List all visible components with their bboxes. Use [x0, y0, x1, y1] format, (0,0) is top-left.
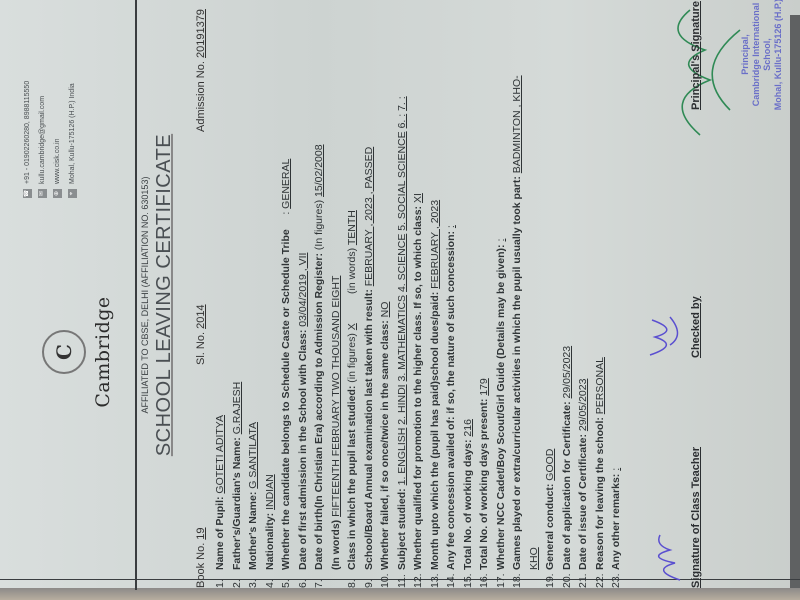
field-row: 4.Nationality: INDIAN	[262, 3, 279, 588]
field-row: 10.Whether failed, if so once/twice in t…	[377, 3, 394, 588]
field-row: 17.Whether NCC Cadet/Boy Scout/Girl Guid…	[493, 3, 510, 588]
class-teacher-signature-label: Signature of Class Teacher	[690, 447, 702, 588]
field-number: 13.	[427, 570, 444, 588]
subject-item: 4. SCIENCE	[396, 234, 408, 292]
field-number: 16.	[476, 570, 493, 588]
field-value: FEBRUARY , 2023	[429, 200, 441, 289]
field-row: 8.Class in which the pupil last studied:…	[344, 3, 361, 588]
field-label: Date of issue of Certificate:	[577, 434, 589, 570]
field-number: 19.	[542, 570, 559, 588]
serial-no-value: 2014	[195, 304, 207, 328]
field-row: 19.General conduct: GOOD	[542, 3, 559, 588]
field-value: 29/05/2023	[577, 379, 589, 432]
field-label: Name of Pupil:	[214, 496, 226, 570]
field-sublabel: (In figures)	[313, 200, 325, 250]
field-label: School/Board Annual examination last tak…	[363, 289, 375, 570]
certificate-document: C Cambridge ☎ +91 - 01902260280, 8988115…	[0, 0, 800, 590]
field-label: Date of birth(In Christian Era) accordin…	[313, 253, 325, 570]
field-label: Reason for leaving the school:	[594, 417, 606, 570]
admission-no-label: Admission No.	[195, 61, 207, 132]
field-row: 13.Month upto which the (pupil has paid)…	[427, 3, 444, 588]
field-value: 03/04/2019 , VII	[297, 253, 309, 327]
subject-item: 6. :	[396, 114, 408, 129]
field-value: :	[610, 468, 622, 471]
field-value: X	[346, 323, 358, 330]
field-number: 11.	[394, 570, 411, 588]
contact-email: ✉ kullu.cambridge@gmail.com	[35, 81, 50, 198]
field-value: :	[495, 239, 507, 242]
checker-signature-scribble	[640, 305, 690, 365]
field-row: 15.Total No. of working days: 216	[460, 3, 477, 588]
field-sublabel: (in figures)	[346, 333, 358, 383]
field-number: 9.	[361, 570, 378, 588]
field-label: Whether failed, if so once/twice in the …	[379, 320, 391, 570]
field-number: 23.	[608, 570, 625, 588]
field-number: 18.	[509, 570, 526, 588]
field-sublabel: (in words)	[346, 248, 358, 294]
field-value: BADMINTON , KHO-	[511, 75, 523, 173]
checked-by-label: Checked by	[690, 296, 702, 358]
field-separator: :	[280, 212, 292, 215]
field-row: 6.Date of first admission in the School …	[295, 3, 312, 588]
field-label: Any fee concession availed of: if so, th…	[445, 231, 457, 570]
field-value: GENERAL	[280, 159, 292, 209]
admission-no-value: 20191379	[195, 9, 207, 58]
field-value: INDIAN	[264, 474, 276, 510]
field-label: Subject studied:	[396, 488, 408, 570]
field-row: 18.Games played or extra/curricular acti…	[509, 3, 526, 588]
contact-email-text: kullu.cambridge@gmail.com	[39, 96, 46, 184]
field-row: 14.Any fee concession availed of: if so,…	[443, 3, 460, 588]
field-value: G.RAJESH	[231, 382, 243, 435]
field-label: Date of application for Certificate:	[561, 401, 573, 570]
field-value: :	[445, 225, 457, 228]
serial-no: Sl. No. 2014	[195, 304, 207, 365]
email-icon: ✉	[38, 189, 47, 198]
field-label: Games played or extra/curricular activit…	[511, 176, 523, 570]
field-label: Whether NCC Cadet/Boy Scout/Girl Guide (…	[495, 244, 507, 570]
certificate-title: SCHOOL LEAVING CERTIFICATE	[153, 0, 176, 590]
field-row: 21.Date of issue of Certificate: 29/05/2…	[575, 3, 592, 588]
stamp-line: Mohal, Kullu-175126 (H.P.)	[773, 0, 784, 112]
field-row: 9.School/Board Annual examination last t…	[361, 3, 378, 588]
phone-icon: ☎	[23, 189, 32, 198]
subject-item: 7. :	[396, 96, 408, 111]
contact-phone: ☎ +91 - 01902260280, 8988115550	[20, 81, 35, 198]
field-value: KHO	[528, 547, 540, 570]
logo-emblem-icon: C	[42, 330, 86, 374]
field-number: 6.	[295, 570, 312, 588]
field-value: 29/05/2023	[561, 346, 573, 399]
field-number: 21.	[575, 570, 592, 588]
subject-item: 2. HINDI	[396, 384, 408, 424]
contact-phone-text: +91 - 01902260280, 8988115550	[24, 81, 31, 184]
field-row: 3.Mother's Name: G SANTILATA	[245, 3, 262, 588]
field-label: Total No. of working days:	[462, 440, 474, 570]
subject-item: 5. SOCIAL SCIENCE	[396, 131, 408, 230]
field-number: 7.	[311, 570, 328, 588]
field-row: 5.Whether the candidate belongs to Sched…	[278, 3, 295, 588]
field-number: 1.	[212, 570, 229, 588]
serial-no-label: Sl. No.	[195, 332, 207, 365]
field-row: 20.Date of application for Certificate: …	[559, 3, 576, 588]
subject-item: 3. MATHEMATICS	[396, 295, 408, 382]
field-number: 20.	[559, 570, 576, 588]
field-number: 14.	[443, 570, 460, 588]
field-label: Whether qualified for promotion to the h…	[412, 206, 424, 570]
book-no-value: 19	[195, 527, 207, 539]
school-logo: C Cambridge	[42, 282, 114, 422]
header-divider	[135, 0, 137, 590]
principal-stamp: Principal, Cambridge International Schoo…	[740, 0, 784, 112]
field-label: Mother's Name:	[247, 492, 259, 570]
field-number: 15.	[460, 570, 477, 588]
field-value: 216	[462, 419, 474, 437]
contact-address: ⌖ Mohal, Kullu-175126 (H.P.) India	[65, 81, 80, 198]
book-no-label: Book No.	[195, 543, 207, 588]
admission-no: Admission No. 20191379	[195, 9, 207, 132]
affiliation-text: AFFILIATED TO CBSE, DELHI (AFFILIATION N…	[140, 0, 150, 590]
field-row: (In words) FIFTEENTH FEBRUARY TWO THOUSA…	[328, 3, 345, 588]
teacher-signature-scribble	[640, 525, 690, 585]
field-number: 4.	[262, 570, 279, 588]
field-row: 7.Date of birth(In Christian Era) accord…	[311, 3, 328, 588]
field-label: Total No. of working days present:	[478, 399, 490, 570]
field-value: NO	[379, 302, 391, 318]
field-label: Nationality:	[264, 513, 276, 570]
field-label: Whether the candidate belongs to Schedul…	[280, 229, 292, 570]
field-row: 2.Father's/Guardian's Name: G.RAJESH	[229, 3, 246, 588]
field-value: FIFTEENTH FEBRUARY TWO THOUSAND EIGHT	[330, 276, 342, 517]
field-label: Date of first admission in the School wi…	[297, 330, 309, 570]
field-row: 16.Total No. of working days present: 17…	[476, 3, 493, 588]
stamp-line: Principal,	[740, 0, 751, 112]
field-label: Month upto which the (pupil has paid)sch…	[429, 292, 441, 570]
field-value: PERSONAL	[594, 357, 606, 414]
field-value: G SANTILATA	[247, 422, 259, 489]
field-number: 10.	[377, 570, 394, 588]
field-row: 1.Name of Pupil: GOTETI ADITYA	[212, 3, 229, 588]
contact-address-text: Mohal, Kullu-175126 (H.P.) India	[69, 83, 76, 184]
certificate-fields: 1.Name of Pupil: GOTETI ADITYA2.Father's…	[212, 3, 625, 588]
field-number: 22.	[592, 570, 609, 588]
field-value: GOTETI ADITYA	[214, 415, 226, 494]
book-no: Book No. 19	[195, 527, 207, 588]
field-value: 15/02/2008	[313, 144, 325, 197]
logo-text: Cambridge	[92, 282, 114, 422]
field-label: Any other remarks:	[610, 474, 622, 570]
location-icon: ⌖	[68, 189, 77, 198]
contact-web: ⊕ www.cisk.co.in	[50, 81, 65, 198]
principal-signature-label: Principal's Signature	[690, 1, 702, 110]
field-number: 17.	[493, 570, 510, 588]
field-row: 22.Reason for leaving the school: PERSON…	[592, 3, 609, 588]
field-row: 12.Whether qualified for promotion to th…	[410, 3, 427, 588]
field-number: 8.	[344, 570, 361, 588]
field-number: 2.	[229, 570, 246, 588]
subject-item: 1. ENGLISH	[396, 428, 408, 486]
field-value: 179	[478, 378, 490, 396]
field-row: 23.Any other remarks: :	[608, 3, 625, 588]
field-value: XI	[412, 193, 424, 203]
field-number: 12.	[410, 570, 427, 588]
field-value: FEBRUARY , 2023 , PASSED	[363, 147, 375, 286]
field-number: 5.	[278, 570, 295, 588]
field-row: KHO	[526, 3, 543, 588]
contact-block: ☎ +91 - 01902260280, 8988115550 ✉ kullu.…	[20, 81, 80, 198]
field-number: 3.	[245, 570, 262, 588]
field-label: General conduct:	[544, 484, 556, 570]
field-value: GOOD	[544, 449, 556, 481]
contact-web-text: www.cisk.co.in	[54, 138, 61, 184]
web-icon: ⊕	[53, 189, 62, 198]
field-label: Class in which the pupil last studied:	[346, 386, 358, 570]
field-value: TENTH	[346, 210, 358, 245]
field-label: Father's/Guardian's Name:	[231, 437, 243, 570]
field-row: 11.Subject studied: 1. ENGLISH 2. HINDI …	[394, 3, 411, 588]
field-label: (In words)	[330, 520, 342, 570]
stamp-line: Cambridge International School,	[751, 0, 773, 112]
